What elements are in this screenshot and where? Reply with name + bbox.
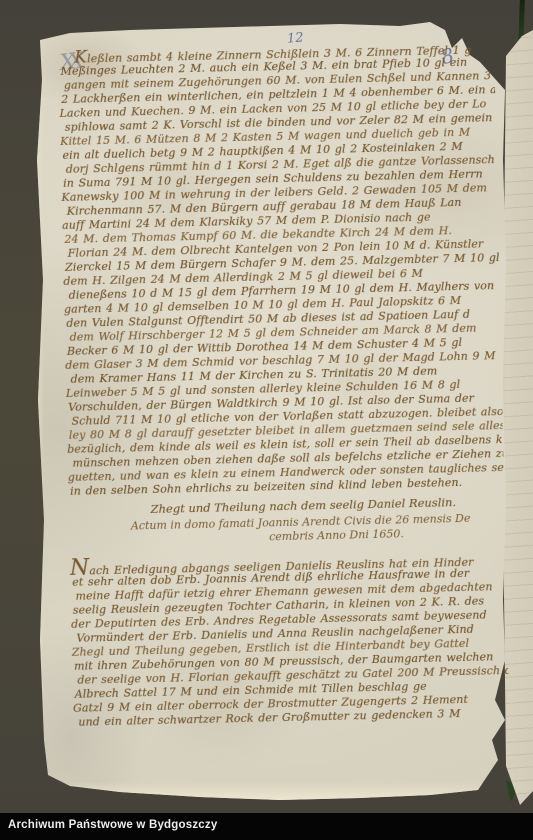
archival-manuscript-photo: XX 12 8 Kleßlen sambt 4 kleine Zinnern S… [0, 0, 533, 840]
inventory-text-block: Kleßlen sambt 4 kleine Zinnern Schißlein… [58, 41, 504, 499]
partition-text-block: Nach Erledigung abgangs seeligen Danieli… [70, 552, 510, 730]
archive-watermark-bar: Archiwum Państwowe w Bydgoszczy [0, 813, 533, 840]
handwriting-layer: Kleßlen sambt 4 kleine Zinnern Schißlein… [58, 38, 510, 740]
archive-name-label: Archiwum Państwowe w Bydgoszczy [0, 813, 217, 831]
